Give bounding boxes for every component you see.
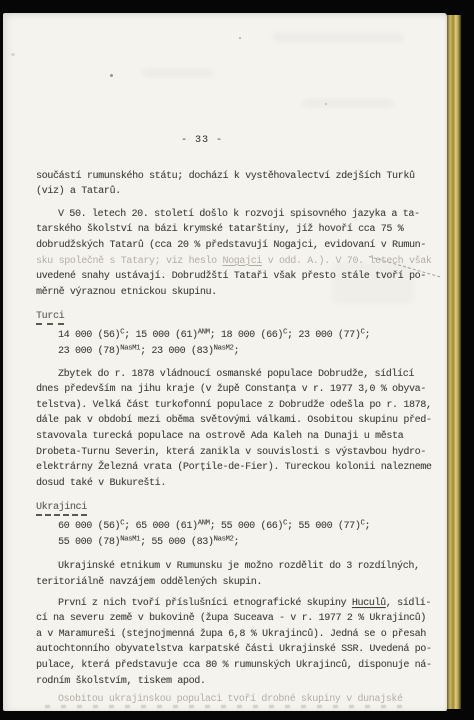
text-line: 60 000 (56)C; 65 000 (61)ANM; 55 000 (66… xyxy=(36,519,434,535)
source-superscript: NasM1 xyxy=(120,535,140,543)
underlined-term: Nogajci xyxy=(222,256,262,267)
source-superscript: C xyxy=(360,520,364,528)
source-superscript: C xyxy=(120,520,124,528)
source-superscript: C xyxy=(360,329,364,337)
text-line: dosud také v Bukurešti. xyxy=(36,476,434,492)
source-superscript: NasM2 xyxy=(214,344,234,352)
text-line: pulace, která představuje cca 80 % rumun… xyxy=(36,658,434,674)
text-line: a v Maramureši (stejnojmenná župa 6,8 % … xyxy=(36,627,434,643)
text-line: měrně výraznou etnickou skupinu. xyxy=(36,285,434,301)
numbers-block: 14 000 (56)C; 15 000 (61)ANM; 18 000 (66… xyxy=(36,328,434,359)
text-line: dále pak v období mezi oběma světovými v… xyxy=(36,413,434,429)
paper-speck xyxy=(239,37,241,39)
text-line: autochtonního obyvatelstva karpatské čás… xyxy=(36,642,434,658)
section-heading: Turci xyxy=(36,309,434,326)
text-line: uvedené snahy ustávají. Dobrudžští Tatař… xyxy=(36,269,434,285)
source-superscript: NasM1 xyxy=(120,344,140,352)
ink-showthrough-smudge xyxy=(143,69,213,77)
text-line: Osobitou ukrajinskou populaci tvoří drob… xyxy=(36,692,434,708)
source-superscript: ANM xyxy=(198,329,210,337)
text-line: elektrárny Železná vrata (Porțile-de-Fie… xyxy=(36,460,434,476)
book-fore-edge xyxy=(447,15,461,709)
page-number: - 33 - xyxy=(181,133,434,149)
section-heading-text: Ukrajinci xyxy=(36,501,87,516)
paragraph-block: V 50. letech 20. století došlo k rozvoji… xyxy=(36,207,434,301)
page-content: součástí rumunského státu; dochází k vys… xyxy=(36,169,434,708)
text-line: 55 000 (78)NasM1; 55 000 (83)NasM2; xyxy=(36,535,434,551)
paragraph-block: První z nich tvoří příslušníci etnografi… xyxy=(36,596,434,690)
text-line: První z nich tvoří příslušníci etnografi… xyxy=(36,596,434,612)
ink-showthrough-smudge xyxy=(273,33,403,42)
text-line: 14 000 (56)C; 15 000 (61)ANM; 18 000 (66… xyxy=(36,328,434,344)
underlined-term: Huculů xyxy=(352,598,386,609)
section-heading: Ukrajinci xyxy=(36,500,434,517)
text-line: Zbytek do r. 1878 vládnoucí osmanské pop… xyxy=(36,367,434,383)
numbers-block: 60 000 (56)C; 65 000 (61)ANM; 55 000 (66… xyxy=(36,519,434,550)
paper-speck xyxy=(11,53,15,56)
source-superscript: C xyxy=(120,329,124,337)
paragraph-block: Ukrajinské etnikum v Rumunsku je možno r… xyxy=(36,559,434,590)
scanned-book-photo: - 33 - součástí rumunského státu; docház… xyxy=(0,0,474,720)
text-line: stavovala turecká populace na ostrově Ad… xyxy=(36,429,434,445)
source-superscript: C xyxy=(283,329,287,337)
source-superscript: NasM2 xyxy=(214,535,234,543)
text-line: Drobeta-Turnu Severin, která zanikla v s… xyxy=(36,445,434,461)
text-line: (viz) a Tatarů. xyxy=(36,184,434,200)
text-line: dobrudžských Tatarů (cca 20 % představuj… xyxy=(36,238,434,254)
paragraph-block: Osobitou ukrajinskou populaci tvoří drob… xyxy=(36,692,434,708)
text-line: Ukrajinské etnikum v Rumunsku je možno r… xyxy=(36,559,434,575)
ink-showthrough-smudge xyxy=(303,99,393,107)
section-heading-text: Turci xyxy=(36,310,64,325)
text-line: sku společně s Tatary; viz heslo Nogajci… xyxy=(36,254,434,270)
text-line: tarského školství na bázi krymské tatarš… xyxy=(36,222,434,238)
source-superscript: C xyxy=(283,520,287,528)
text-line: telstva). Velká část turkofonní populace… xyxy=(36,398,434,414)
text-line: teritoriálně navzájem oddělených skupin. xyxy=(36,575,434,591)
paragraph-block: součástí rumunského státu; dochází k vys… xyxy=(36,169,434,200)
text-line: rodním školstvím, tiskem apod. xyxy=(36,674,434,690)
page-content-area: - 33 - součástí rumunského státu; docház… xyxy=(36,133,434,708)
source-superscript: ANM xyxy=(198,520,210,528)
text-line: 23 000 (78)NasM1; 23 000 (83)NasM2; xyxy=(36,344,434,360)
paragraph-block: Zbytek do r. 1878 vládnoucí osmanské pop… xyxy=(36,367,434,492)
text-line: součástí rumunského státu; dochází k vys… xyxy=(36,169,434,185)
text-line: dnes především na jihu kraje (v župě Con… xyxy=(36,382,434,398)
text-line: cí na severu země v bukovině (župa Sucea… xyxy=(36,611,434,627)
paper-speck xyxy=(110,74,113,77)
text-line: V 50. letech 20. století došlo k rozvoji… xyxy=(36,207,434,223)
